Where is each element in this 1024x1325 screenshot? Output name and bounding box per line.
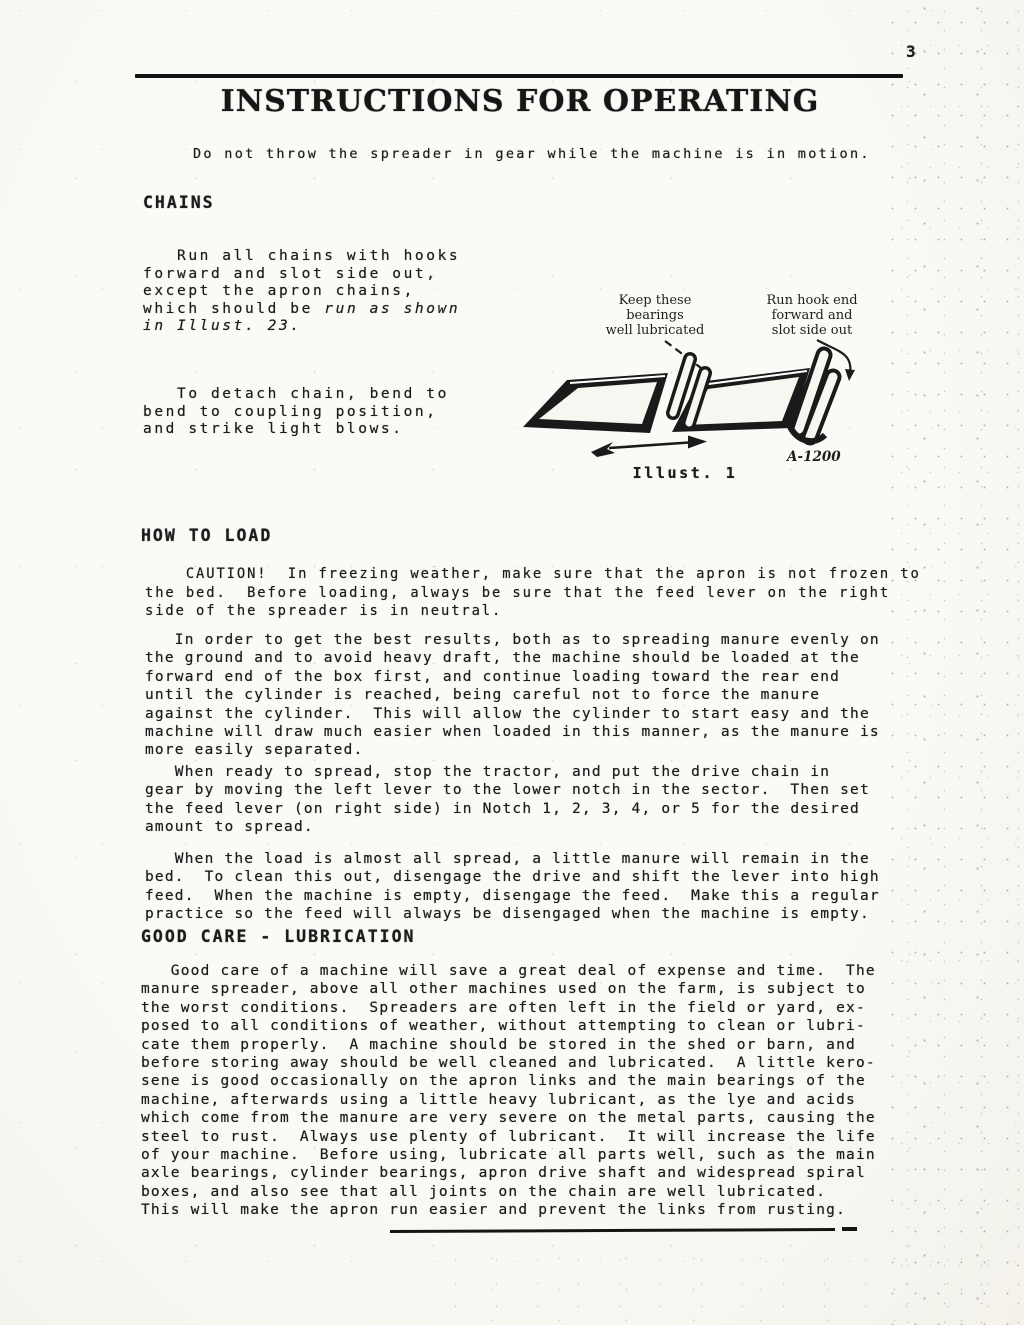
scan-noise-bottom (430, 1240, 1024, 1325)
illustration-label-left: Keep these bearings well lubricated (606, 293, 705, 338)
direction-arrow-icon (591, 436, 707, 458)
section-heading-chains: CHAINS (143, 193, 215, 212)
label-line: Keep these (619, 293, 692, 308)
paragraph-lubrication: Good care of a machine will save a great… (141, 962, 876, 1220)
paragraph-chains-run: Run all chains with hooks forward and sl… (143, 248, 460, 336)
label-line: bearings (626, 308, 684, 323)
page-title: INSTRUCTIONS FOR OPERATING (130, 84, 910, 119)
chain-link-illustration: Keep these bearings well lubricated Run … (515, 285, 940, 470)
label-line: slot side out (772, 323, 853, 338)
safety-notice: Do not throw the spreader in gear while … (193, 146, 871, 162)
illustration-label-right: Run hook end forward and slot side out (766, 293, 857, 338)
label-line: well lubricated (606, 323, 705, 338)
scan-noise-right-edge (878, 0, 1024, 1325)
illustration-code: A-1200 (785, 449, 841, 465)
section-heading-good-care: GOOD CARE - LUBRICATION (141, 927, 415, 946)
label-line: Run hook end (766, 293, 857, 308)
bottom-rule-dash (842, 1227, 857, 1231)
chain-link-left (523, 373, 668, 433)
paragraph-caution: CAUTION! In freezing weather, make sure … (145, 565, 921, 621)
section-heading-how-to-load: HOW TO LOAD (141, 526, 272, 545)
bottom-rule (390, 1228, 835, 1233)
paragraph-emptying: When the load is almost all spread, a li… (145, 850, 880, 924)
leader-arrowhead (845, 369, 855, 381)
paragraph-chains-detach: To detach chain, bend to bend to couplin… (143, 386, 449, 439)
top-rule (135, 74, 903, 78)
illustration-caption: Illust. 1 (590, 464, 780, 482)
page-number: 3 (906, 42, 916, 61)
paragraph-loading: In order to get the best results, both a… (145, 631, 880, 760)
paragraph-spreading: When ready to spread, stop the tractor, … (145, 763, 870, 837)
label-line: forward and (772, 308, 853, 323)
scanned-manual-page: 3 INSTRUCTIONS FOR OPERATING Do not thro… (0, 0, 1024, 1325)
